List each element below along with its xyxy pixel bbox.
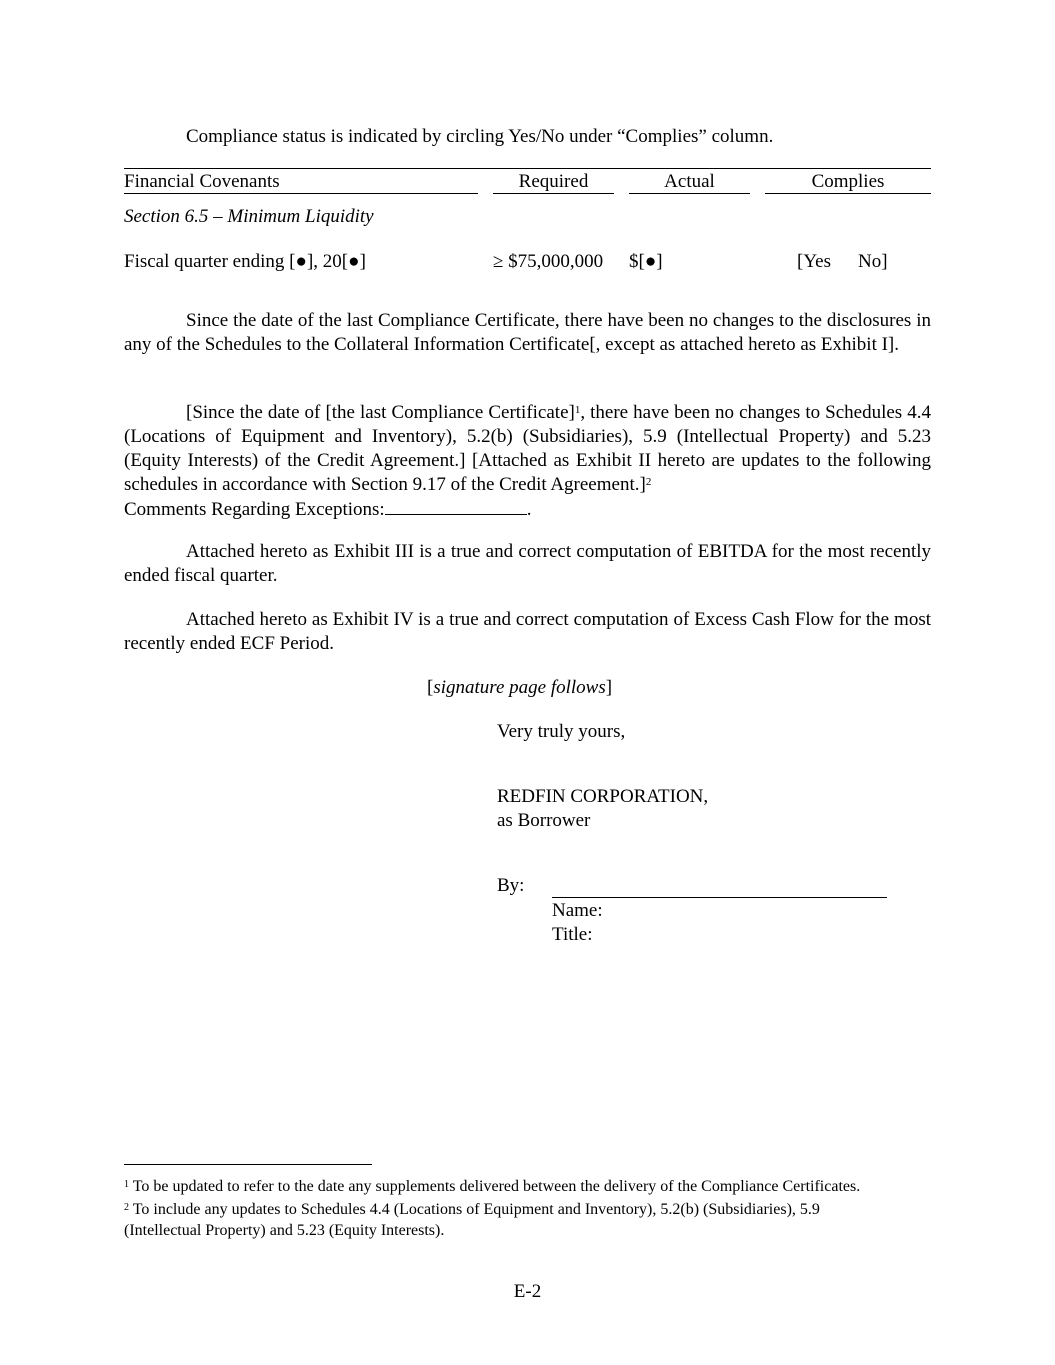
complies-yes-option[interactable]: [Yes	[797, 251, 831, 273]
paragraph-ebitda: Attached hereto as Exhibit III is a true…	[124, 540, 931, 588]
by-label: By:	[497, 875, 524, 897]
closing-text: Very truly yours,	[497, 721, 625, 743]
header-financial-covenants: Financial Covenants	[124, 171, 478, 194]
footnote-ref-2: 2	[646, 476, 652, 488]
actual-cell: $[●]	[629, 251, 663, 273]
footnote-1: 1 To be updated to refer to the date any…	[124, 1176, 934, 1197]
page-number: E-2	[0, 1281, 1055, 1303]
signature-line[interactable]	[552, 897, 887, 898]
footnote-separator	[124, 1164, 372, 1165]
table-top-rule	[124, 168, 931, 169]
comments-label: Comments Regarding Exceptions:	[124, 499, 385, 520]
section-label: Section 6.5 – Minimum Liquidity	[124, 206, 374, 228]
header-actual: Actual	[629, 171, 750, 194]
paragraph-excess-cash-flow: Attached hereto as Exhibit IV is a true …	[124, 608, 931, 656]
complies-no-option[interactable]: No]	[858, 251, 888, 273]
name-label: Name:	[552, 900, 603, 922]
signature-page-note: [signature page follows]	[427, 677, 612, 699]
required-cell: ≥ $75,000,000	[493, 251, 603, 273]
paragraph-collateral-disclosures: Since the date of the last Compliance Ce…	[124, 309, 931, 357]
header-required: Required	[493, 171, 614, 194]
title-label: Title:	[552, 924, 593, 946]
covenant-cell: Fiscal quarter ending [●], 20[●]	[124, 251, 366, 273]
footnote-ref-1: 1	[575, 404, 581, 416]
header-complies: Complies	[765, 171, 931, 194]
paragraph-schedule-changes: [Since the date of [the last Compliance …	[124, 401, 931, 522]
footnote-2: 2 To include any updates to Schedules 4.…	[124, 1199, 884, 1241]
comments-blank-field[interactable]	[385, 497, 527, 515]
company-name: REDFIN CORPORATION,	[497, 786, 708, 808]
intro-text: Compliance status is indicated by circli…	[186, 126, 773, 148]
borrower-role: as Borrower	[497, 810, 590, 832]
